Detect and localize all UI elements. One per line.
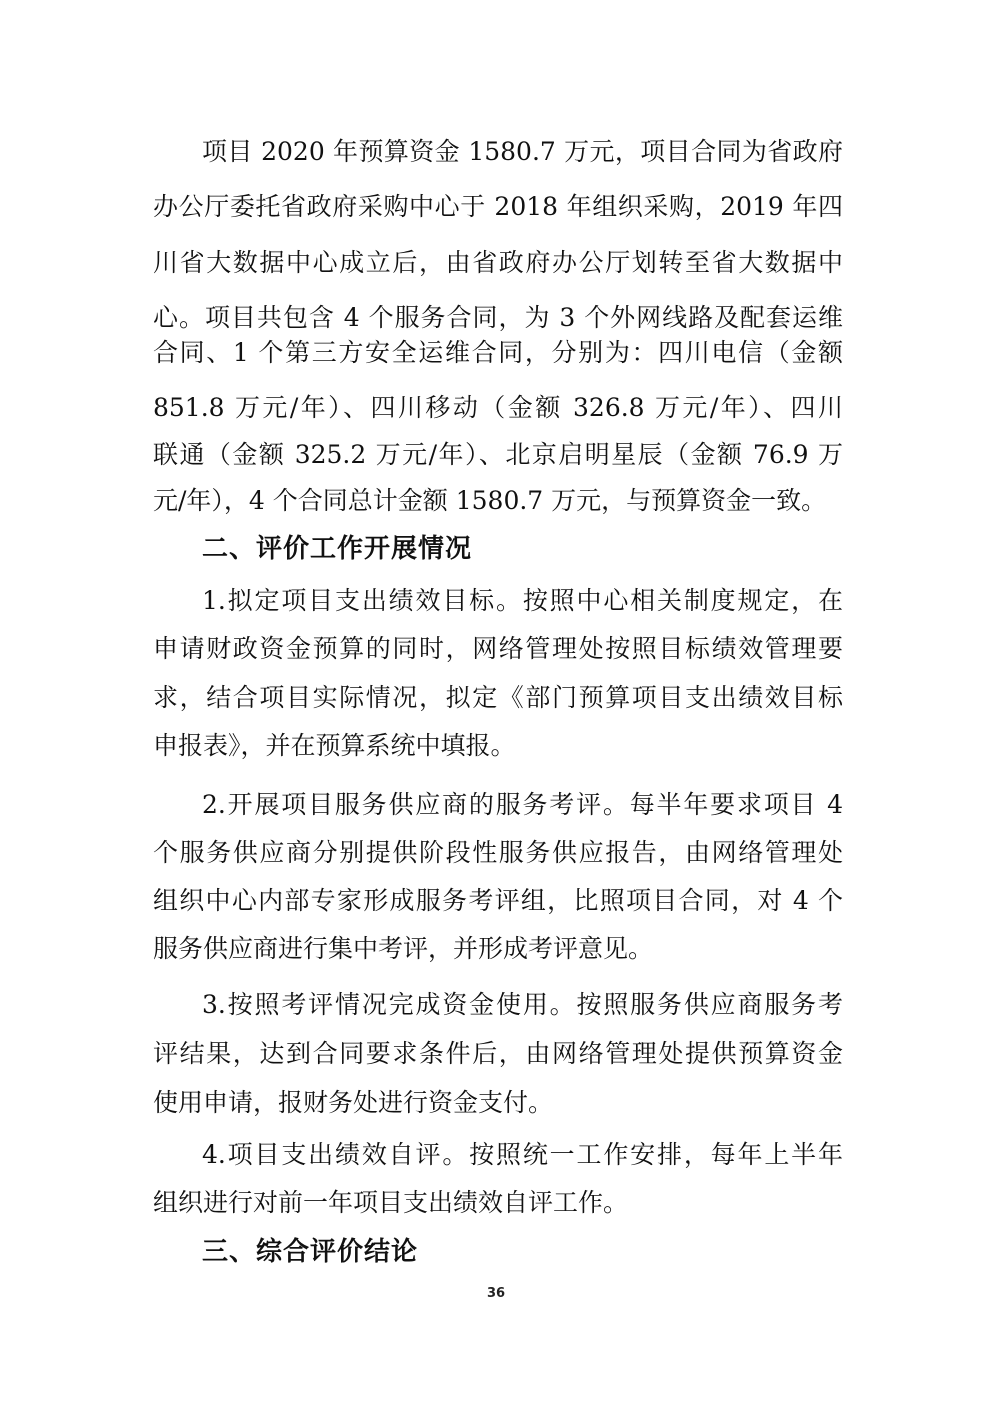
page-number: 36 (0, 1286, 992, 1301)
paragraph-line: 办公厅委托省政府采购中心于 2018 年组织采购，2019 年四 (153, 192, 843, 222)
paragraph-line: 合同、1 个第三方安全运维合同，分别为：四川电信（金额 (153, 338, 843, 368)
item1-line: 求，结合项目实际情况，拟定《部门预算项目支出绩效目标 (153, 683, 843, 713)
item2-line: 2.开展项目服务供应商的服务考评。每半年要求项目 4 (202, 790, 843, 820)
item3-line: 3.按照考评情况完成资金使用。按照服务供应商服务考 (202, 990, 843, 1020)
paragraph-line: 心。项目共包含 4 个服务合同，为 3 个外网线路及配套运维 (153, 303, 843, 333)
paragraph-line: 项目 2020 年预算资金 1580.7 万元，项目合同为省政府 (202, 137, 843, 167)
item4-line: 4.项目支出绩效自评。按照统一工作安排，每年上半年 (202, 1140, 843, 1170)
item1-line: 申请财政资金预算的同时，网络管理处按照目标绩效管理要 (153, 634, 843, 664)
document-page: 项目 2020 年预算资金 1580.7 万元，项目合同为省政府 办公厅委托省政… (0, 0, 992, 1403)
paragraph-line: 851.8 万元/年）、四川移动（金额 326.8 万元/年）、四川 (153, 393, 843, 423)
paragraph-line: 川省大数据中心成立后，由省政府办公厅划转至省大数据中 (153, 248, 843, 278)
item3-line: 使用申请，报财务处进行资金支付。 (153, 1088, 843, 1118)
item2-line: 组织中心内部专家形成服务考评组，比照项目合同，对 4 个 (153, 886, 843, 916)
item1-line: 1.拟定项目支出绩效目标。按照中心相关制度规定，在 (202, 586, 843, 616)
item3-line: 评结果，达到合同要求条件后，由网络管理处提供预算资金 (153, 1039, 843, 1069)
paragraph-line: 联通（金额 325.2 万元/年）、北京启明星辰（金额 76.9 万 (153, 440, 843, 470)
section-heading-conclusion: 三、综合评价结论 (202, 1236, 418, 1268)
item1-line: 申报表》，并在预算系统中填报。 (153, 731, 843, 761)
item2-line: 个服务供应商分别提供阶段性服务供应报告，由网络管理处 (153, 838, 843, 868)
item2-line: 服务供应商进行集中考评，并形成考评意见。 (153, 934, 843, 964)
item4-line: 组织进行对前一年项目支出绩效自评工作。 (153, 1188, 843, 1218)
section-heading-evaluation-work: 二、评价工作开展情况 (202, 533, 472, 565)
paragraph-line: 元/年），4 个合同总计金额 1580.7 万元，与预算资金一致。 (153, 486, 843, 516)
